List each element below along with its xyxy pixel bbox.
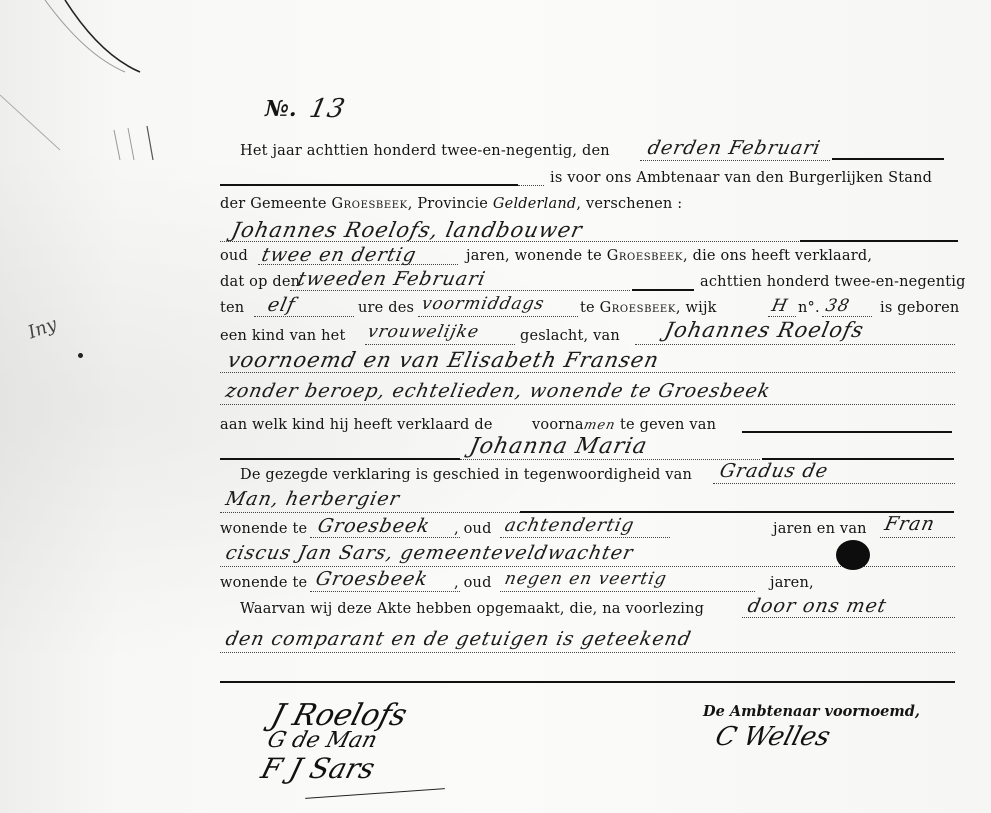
label-wijk: , wijk (676, 300, 717, 316)
label-dat-op-den: dat op den (220, 274, 300, 290)
fill-dots (310, 537, 460, 538)
place-name: Groesbeek (600, 300, 676, 316)
official-label: De Ambtenaar voornoemd, (703, 703, 920, 720)
fill-dots (220, 404, 955, 405)
signature-underline (305, 788, 445, 799)
fill-dots (460, 459, 760, 460)
label-voorna: voorna (532, 417, 584, 433)
fill-dots (713, 483, 955, 484)
label-jaren: jaren, (770, 575, 814, 591)
label-gemeente: der Gemeente (220, 196, 327, 212)
fill-rule (220, 458, 460, 460)
hand-witness2-place: Groesbeek (314, 568, 431, 590)
label-verschenen: , verschenen : (576, 196, 682, 212)
signature-official: C Welles (712, 722, 834, 752)
label-voornamen: voornamen te geven van (532, 417, 716, 433)
fill-dots (220, 512, 520, 513)
label-wonende-te: wonende te (220, 521, 307, 537)
fill-rule (742, 431, 952, 433)
fill-dots (500, 537, 670, 538)
text-line-1: Het jaar achttien honderd twee-en-negent… (240, 143, 610, 159)
hand-hour: elf (266, 294, 298, 316)
fill-dots (220, 652, 955, 653)
paper-fold-lines (0, 0, 260, 200)
label-te-geven-van: te geven van (620, 417, 716, 433)
text-line-11: aan welk kind hij heeft verklaard de (220, 417, 493, 433)
place-name: Groesbeek (607, 248, 683, 264)
fill-dots (768, 316, 796, 317)
hand-time-of-day: voormiddags (420, 294, 547, 314)
text-line-7: te Groesbeek, wijk (580, 300, 717, 316)
fill-dots (310, 591, 460, 592)
text-line-3: der Gemeente Groesbeek, Provincie Gelder… (220, 196, 682, 212)
fill-dots (742, 617, 955, 618)
fill-dots (822, 316, 872, 317)
fill-rule (832, 158, 944, 160)
label-jaren-en-van: jaren en van (773, 521, 867, 537)
label-te: te (580, 300, 595, 316)
fill-dots (365, 344, 515, 345)
hand-date: derden Februari (646, 137, 823, 159)
hand-witness1-age: achtendertig (503, 515, 637, 536)
hand-age-declarant: twee en dertig (260, 244, 419, 266)
number-label: №. (265, 96, 297, 122)
hand-witness1-name-a: Gradus de (718, 460, 831, 482)
hand-read-by: door ons met (746, 595, 889, 617)
provincie-name: Gelderland (493, 196, 577, 212)
hand-parents-info: zonder beroep, echtelieden, wonende te G… (224, 380, 773, 402)
ink-blot (836, 540, 870, 570)
fill-rule (220, 184, 518, 186)
hand-mother: voornoemd en van Elisabeth Fransen (225, 348, 661, 372)
fill-dots (220, 372, 955, 373)
fill-dots (635, 344, 955, 345)
text-line-5: jaren, wonende te Groesbeek, die ons hee… (466, 248, 872, 264)
fill-rule (800, 240, 958, 242)
hand-men: men (582, 418, 617, 433)
label-oud: , oud (454, 521, 492, 537)
hand-witness2-age: negen en veertig (503, 569, 669, 589)
hand-sex: vrouwelijke (366, 322, 481, 342)
hand-father: Johannes Roelofs (662, 318, 866, 342)
hand-witness1-place: Groesbeek (316, 515, 433, 537)
label-provincie: , Provincie (408, 196, 488, 212)
fill-dots (290, 290, 630, 291)
margin-note: Iny (25, 314, 59, 344)
text-line-6: achttien honderd twee-en-negentig (700, 274, 966, 290)
fill-dots (418, 316, 578, 317)
ink-dot (78, 353, 83, 358)
fill-dots (254, 316, 354, 317)
label-nummer: n°. (798, 300, 820, 316)
label-verklaard: , die ons heeft verklaard, (683, 248, 872, 264)
fill-rule (632, 289, 694, 291)
hand-house-number: 38 (824, 296, 852, 316)
label-wonende-te: wonende te (220, 575, 307, 591)
hand-witness1-name-b: Man, herbergier (224, 488, 402, 510)
closing-rule (220, 681, 955, 683)
text-line-13: De gezegde verklaring is geschied in teg… (240, 467, 692, 483)
number-value: 13 (307, 94, 348, 124)
fill-dots (518, 185, 544, 186)
hand-declarant: Johannes Roelofs, landbouwer (229, 218, 585, 242)
fill-dots (500, 591, 755, 592)
hand-witness2-name-a: Fran (883, 513, 938, 535)
gemeente-name: Groesbeek (331, 196, 407, 212)
text-line-2: is voor ons Ambtenaar van den Burgerlijk… (550, 170, 932, 186)
label-ten: ten (220, 300, 244, 316)
fill-dots (880, 537, 955, 538)
label-oud: oud (220, 248, 248, 264)
label-een-kind: een kind van het (220, 328, 346, 344)
label-wonende: jaren, wonende te (466, 248, 602, 264)
document-page: Iny №. 13 Het jaar achttien honderd twee… (0, 0, 991, 813)
hand-birth-date: tweeden Februari (296, 268, 488, 290)
hand-witness2-name-b: ciscus Jan Sars, gemeenteveldwachter (224, 542, 636, 564)
label-geslacht: geslacht, van (520, 328, 620, 344)
hand-signed-by: den comparant en de getuigen is geteeken… (224, 628, 694, 650)
signature-witness1: G de Man (265, 728, 380, 753)
fill-dots (640, 160, 830, 161)
label-is-geboren: is geboren (880, 300, 959, 316)
label-oud: , oud (454, 575, 492, 591)
text-line-18: Waarvan wij deze Akte hebben opgemaakt, … (240, 601, 704, 617)
hand-child-name: Johanna Maria (467, 434, 649, 459)
hand-wijk: H (770, 296, 790, 316)
label-ure-des: ure des (358, 300, 414, 316)
signature-witness2: F J Sars (258, 752, 379, 785)
